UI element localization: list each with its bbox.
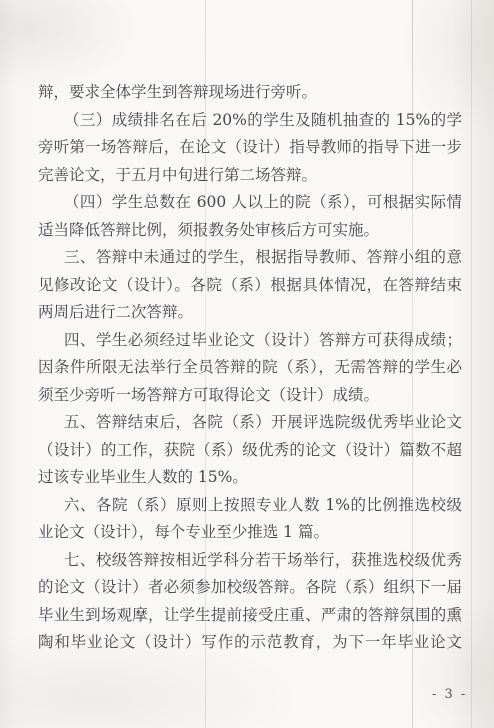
text-line: 旁听第一场答辩后，在论文（设计）指导教师的指导下进一步 xyxy=(38,134,462,162)
text-line: 辩，要求全体学生到答辩现场进行旁听。 xyxy=(38,79,462,107)
text-line: （设计）的工作，获院（系）级优秀的论文（设计）篇数不超 xyxy=(38,437,462,465)
text-line: 七、校级答辩按相近学科分若干场举行，获推选校级优秀 xyxy=(38,547,462,575)
text-line: 陶和毕业论文（设计）写作的示范教育，为下一年毕业论文（设 xyxy=(38,629,462,657)
text-line: （三）成绩排名在后 20%的学生及随机抽查的 15%的学生 xyxy=(38,107,462,135)
text-line: 三、答辩中未通过的学生，根据指导教师、答辩小组的意 xyxy=(38,244,462,272)
text-line: 毕业生到场观摩，让学生提前接受庄重、严肃的答辩氛围的熏 xyxy=(38,602,462,630)
scan-noise-top-left xyxy=(0,0,140,90)
text-line: 的论文（设计）者必须参加校级答辩。各院（系）组织下一届 xyxy=(38,574,462,602)
page-number: - 3 - xyxy=(432,687,467,702)
paper-right-edge xyxy=(471,0,472,728)
text-line: 完善论文，于五月中旬进行第二场答辩。 xyxy=(38,162,462,190)
scanned-page: 辩，要求全体学生到答辩现场进行旁听。（三）成绩排名在后 20%的学生及随机抽查的… xyxy=(0,0,494,728)
document-body: 辩，要求全体学生到答辩现场进行旁听。（三）成绩排名在后 20%的学生及随机抽查的… xyxy=(38,79,462,657)
text-line: 四、学生必须经过毕业论文（设计）答辩方可获得成绩； xyxy=(38,327,462,355)
text-line: 过该专业毕业生人数的 15%。 xyxy=(38,464,462,492)
text-line: 因条件所限无法举行全员答辩的院（系），无需答辩的学生必 xyxy=(38,354,462,382)
text-line: 六、各院（系）原则上按照专业人数 1%的比例推选校级毕 xyxy=(38,492,462,520)
text-line: 须至少旁听一场答辩方可取得论文（设计）成绩。 xyxy=(38,382,462,410)
text-line: （四）学生总数在 600 人以上的院（系），可根据实际情况 xyxy=(38,189,462,217)
text-line: 五、答辩结束后，各院（系）开展评选院级优秀毕业论文 xyxy=(38,409,462,437)
text-line: 适当降低答辩比例，须报教务处审核后方可实施。 xyxy=(38,217,462,245)
text-line: 两周后进行二次答辩。 xyxy=(38,299,462,327)
text-line: 见修改论文（设计）。各院（系）根据具体情况，在答辩结束 xyxy=(38,272,462,300)
text-line: 业论文（设计），每个专业至少推选 1 篇。 xyxy=(38,519,462,547)
